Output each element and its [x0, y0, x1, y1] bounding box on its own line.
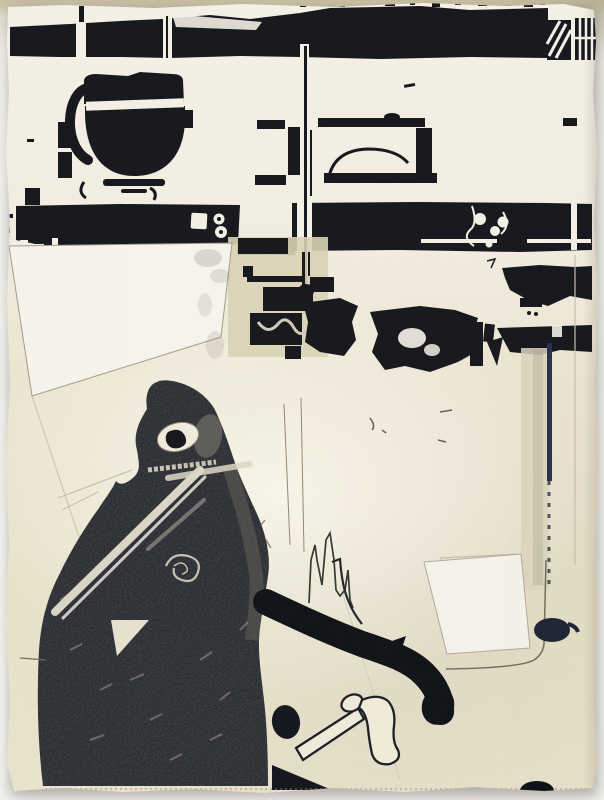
- artwork-description: High-contrast black monoprint on cream d…: [0, 0, 1, 1]
- artwork-print: [0, 0, 604, 800]
- art-paper: [4, 2, 599, 795]
- photo-backdrop: High-contrast black monoprint on cream d…: [0, 0, 604, 800]
- paper-grain: [0, 0, 604, 800]
